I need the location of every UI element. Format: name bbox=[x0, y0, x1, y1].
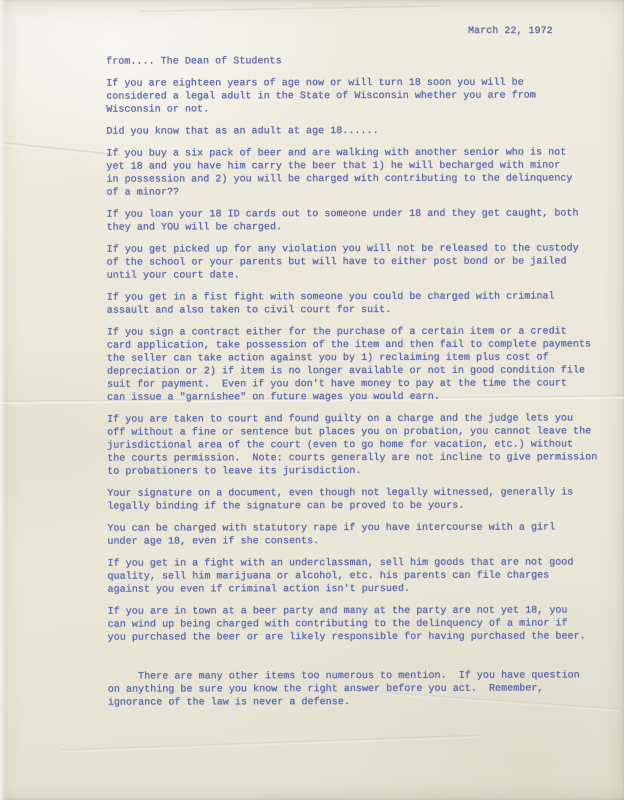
paragraph-beer-party: If you are in town at a beer party and m… bbox=[108, 604, 608, 644]
paper-crease bbox=[0, 142, 120, 158]
paragraph-signature: Your signature on a document, even thoug… bbox=[107, 486, 607, 513]
paragraph-statutory: You can be charged with statutory rape i… bbox=[107, 521, 607, 548]
paragraph-closing: There are many other items too numerous … bbox=[108, 669, 608, 709]
paper-crease bbox=[60, 735, 480, 753]
paragraph-underclassman: If you get in a fight with an underclass… bbox=[107, 556, 607, 596]
letter-page: March 22, 1972 from.... The Dean of Stud… bbox=[0, 0, 624, 800]
letter-date: March 22, 1972 bbox=[468, 25, 553, 38]
paper-edge-highlight bbox=[0, 0, 5, 800]
paragraph-did-you-know: Did you know that as an adult at age 18.… bbox=[106, 124, 606, 138]
paper-crease bbox=[140, 5, 440, 13]
paragraph-contract: If you sign a contract either for the pu… bbox=[107, 325, 607, 404]
letter-body: from.... The Dean of Students If you are… bbox=[106, 54, 608, 718]
paragraph-id-cards: If you loan your 18 ID cards out to some… bbox=[107, 207, 607, 234]
paragraph-probation: If you are taken to court and found guil… bbox=[107, 412, 607, 478]
from-line: from.... The Dean of Students bbox=[106, 54, 606, 68]
paragraph-six-pack: If you buy a six pack of beer and are wa… bbox=[106, 146, 606, 199]
paragraph-picked-up: If you get picked up for any violation y… bbox=[107, 242, 607, 282]
paragraph-intro-adult: If you are eighteen years of age now or … bbox=[106, 76, 606, 116]
paragraph-fist-fight: If you get in a fist fight with someone … bbox=[107, 290, 607, 317]
